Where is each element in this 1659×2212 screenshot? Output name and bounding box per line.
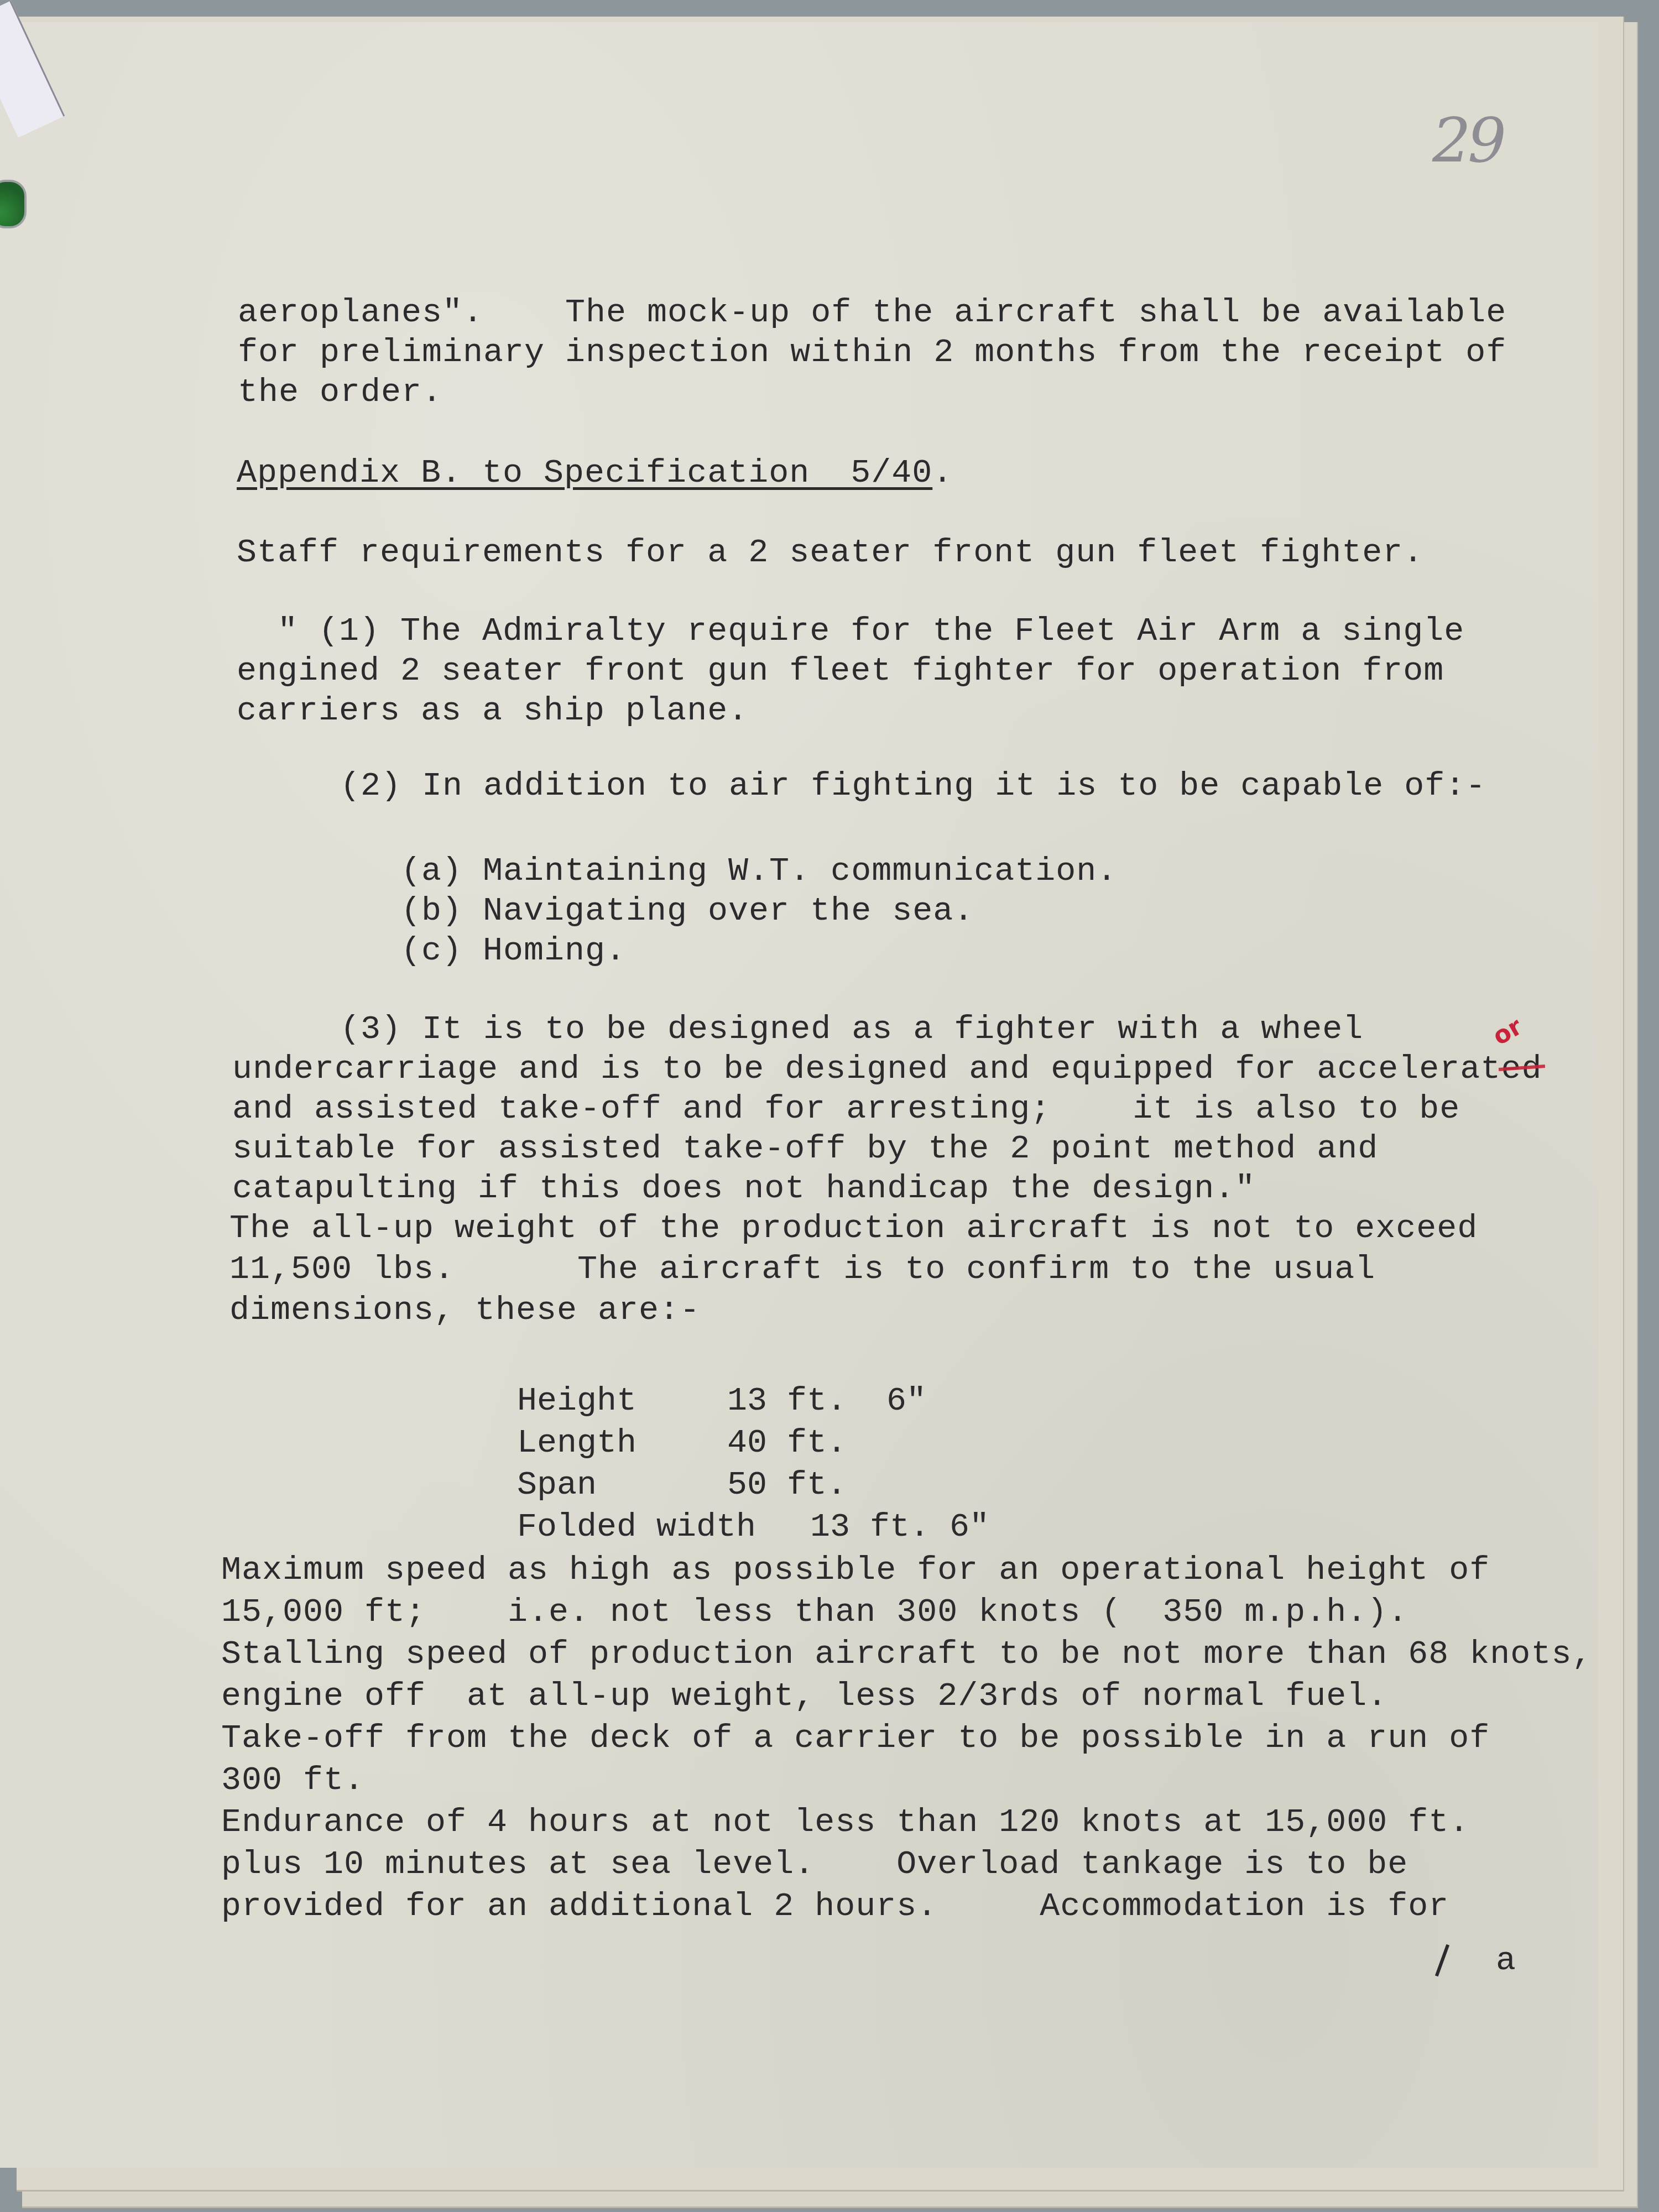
para-1-line: carriers as a ship plane. [237, 691, 748, 731]
weight-line: dimensions, these are:- [229, 1291, 700, 1331]
dimension-value: 13 ft. 6" [810, 1509, 989, 1546]
capability-item: (b) Navigating over the sea. [401, 891, 974, 931]
para-3-line: catapulting if this does not handicap th… [232, 1169, 1255, 1209]
dimension-value: 13 ft. 6" [727, 1383, 926, 1420]
capability-item: (c) Homing. [401, 931, 626, 971]
dimension-value: 40 ft. [727, 1425, 847, 1462]
performance-line: Maximum speed as high as possible for an… [221, 1551, 1490, 1590]
para-2-intro: (2) In addition to air fighting it is to… [340, 766, 1486, 806]
handwritten-page-number: 29 [1432, 105, 1503, 176]
para-3-line: undercarriage and is to be designed and … [232, 1050, 1542, 1089]
performance-line: Endurance of 4 hours at not less than 12… [221, 1803, 1469, 1843]
catchword: a [1496, 1941, 1516, 1981]
dimension-row: Span50 ft. [517, 1467, 847, 1504]
document-page: 29 aeroplanes". The mock-up of the aircr… [0, 22, 1598, 2168]
performance-line: plus 10 minutes at sea level. Overload t… [221, 1845, 1408, 1885]
para-1-line: " (1) The Admiralty require for the Flee… [237, 612, 1464, 651]
opening-line: aeroplanes". The mock-up of the aircraft… [238, 293, 1506, 333]
para-3-line: suitable for assisted take-off by the 2 … [232, 1129, 1378, 1169]
dimension-label: Folded width [517, 1509, 810, 1546]
dimension-row: Height13 ft. 6" [517, 1383, 926, 1420]
performance-line: engine off at all-up weight, less 2/3rds… [221, 1677, 1387, 1717]
dimension-label: Length [517, 1425, 727, 1462]
struck-out-text: ed [1501, 1050, 1542, 1089]
pen-tick-mark [1435, 1944, 1449, 1976]
performance-line: Take-off from the deck of a carrier to b… [221, 1719, 1490, 1759]
para-1-line: engined 2 seater front gun fleet fighter… [237, 651, 1444, 691]
para-3-line: and assisted take-off and for arresting;… [232, 1089, 1460, 1129]
red-handwritten-correction: or [1488, 1012, 1527, 1051]
para-3-line-text: undercarriage and is to be designed and … [232, 1051, 1501, 1088]
opening-line: for preliminary inspection within 2 mont… [238, 333, 1506, 373]
dimension-row: Length40 ft. [517, 1425, 847, 1462]
appendix-heading: Appendix B. to Specification 5/40. [237, 453, 953, 493]
performance-line: 300 ft. [221, 1761, 364, 1801]
weight-line: 11,500 lbs. The aircraft is to confirm t… [229, 1250, 1375, 1290]
performance-line: Stalling speed of production aircraft to… [221, 1635, 1592, 1674]
dimension-label: Height [517, 1383, 727, 1420]
appendix-heading-text: Appendix B. to Specification 5/40 [237, 455, 932, 492]
performance-line: provided for an additional 2 hours. Acco… [221, 1887, 1449, 1927]
para-3-line: (3) It is to be designed as a fighter wi… [340, 1010, 1363, 1050]
performance-line: 15,000 ft; i.e. not less than 300 knots … [221, 1593, 1408, 1632]
heading-period: . [932, 455, 953, 492]
document-subtitle: Staff requirements for a 2 seater front … [237, 533, 1423, 573]
dimension-row: Folded width13 ft. 6" [517, 1509, 989, 1546]
weight-line: The all-up weight of the production airc… [229, 1209, 1478, 1249]
opening-line: the order. [238, 373, 442, 413]
green-clip-icon [0, 180, 27, 228]
capability-item: (a) Maintaining W.T. communication. [401, 852, 1117, 891]
dimension-value: 50 ft. [727, 1467, 847, 1504]
dimension-label: Span [517, 1467, 727, 1504]
